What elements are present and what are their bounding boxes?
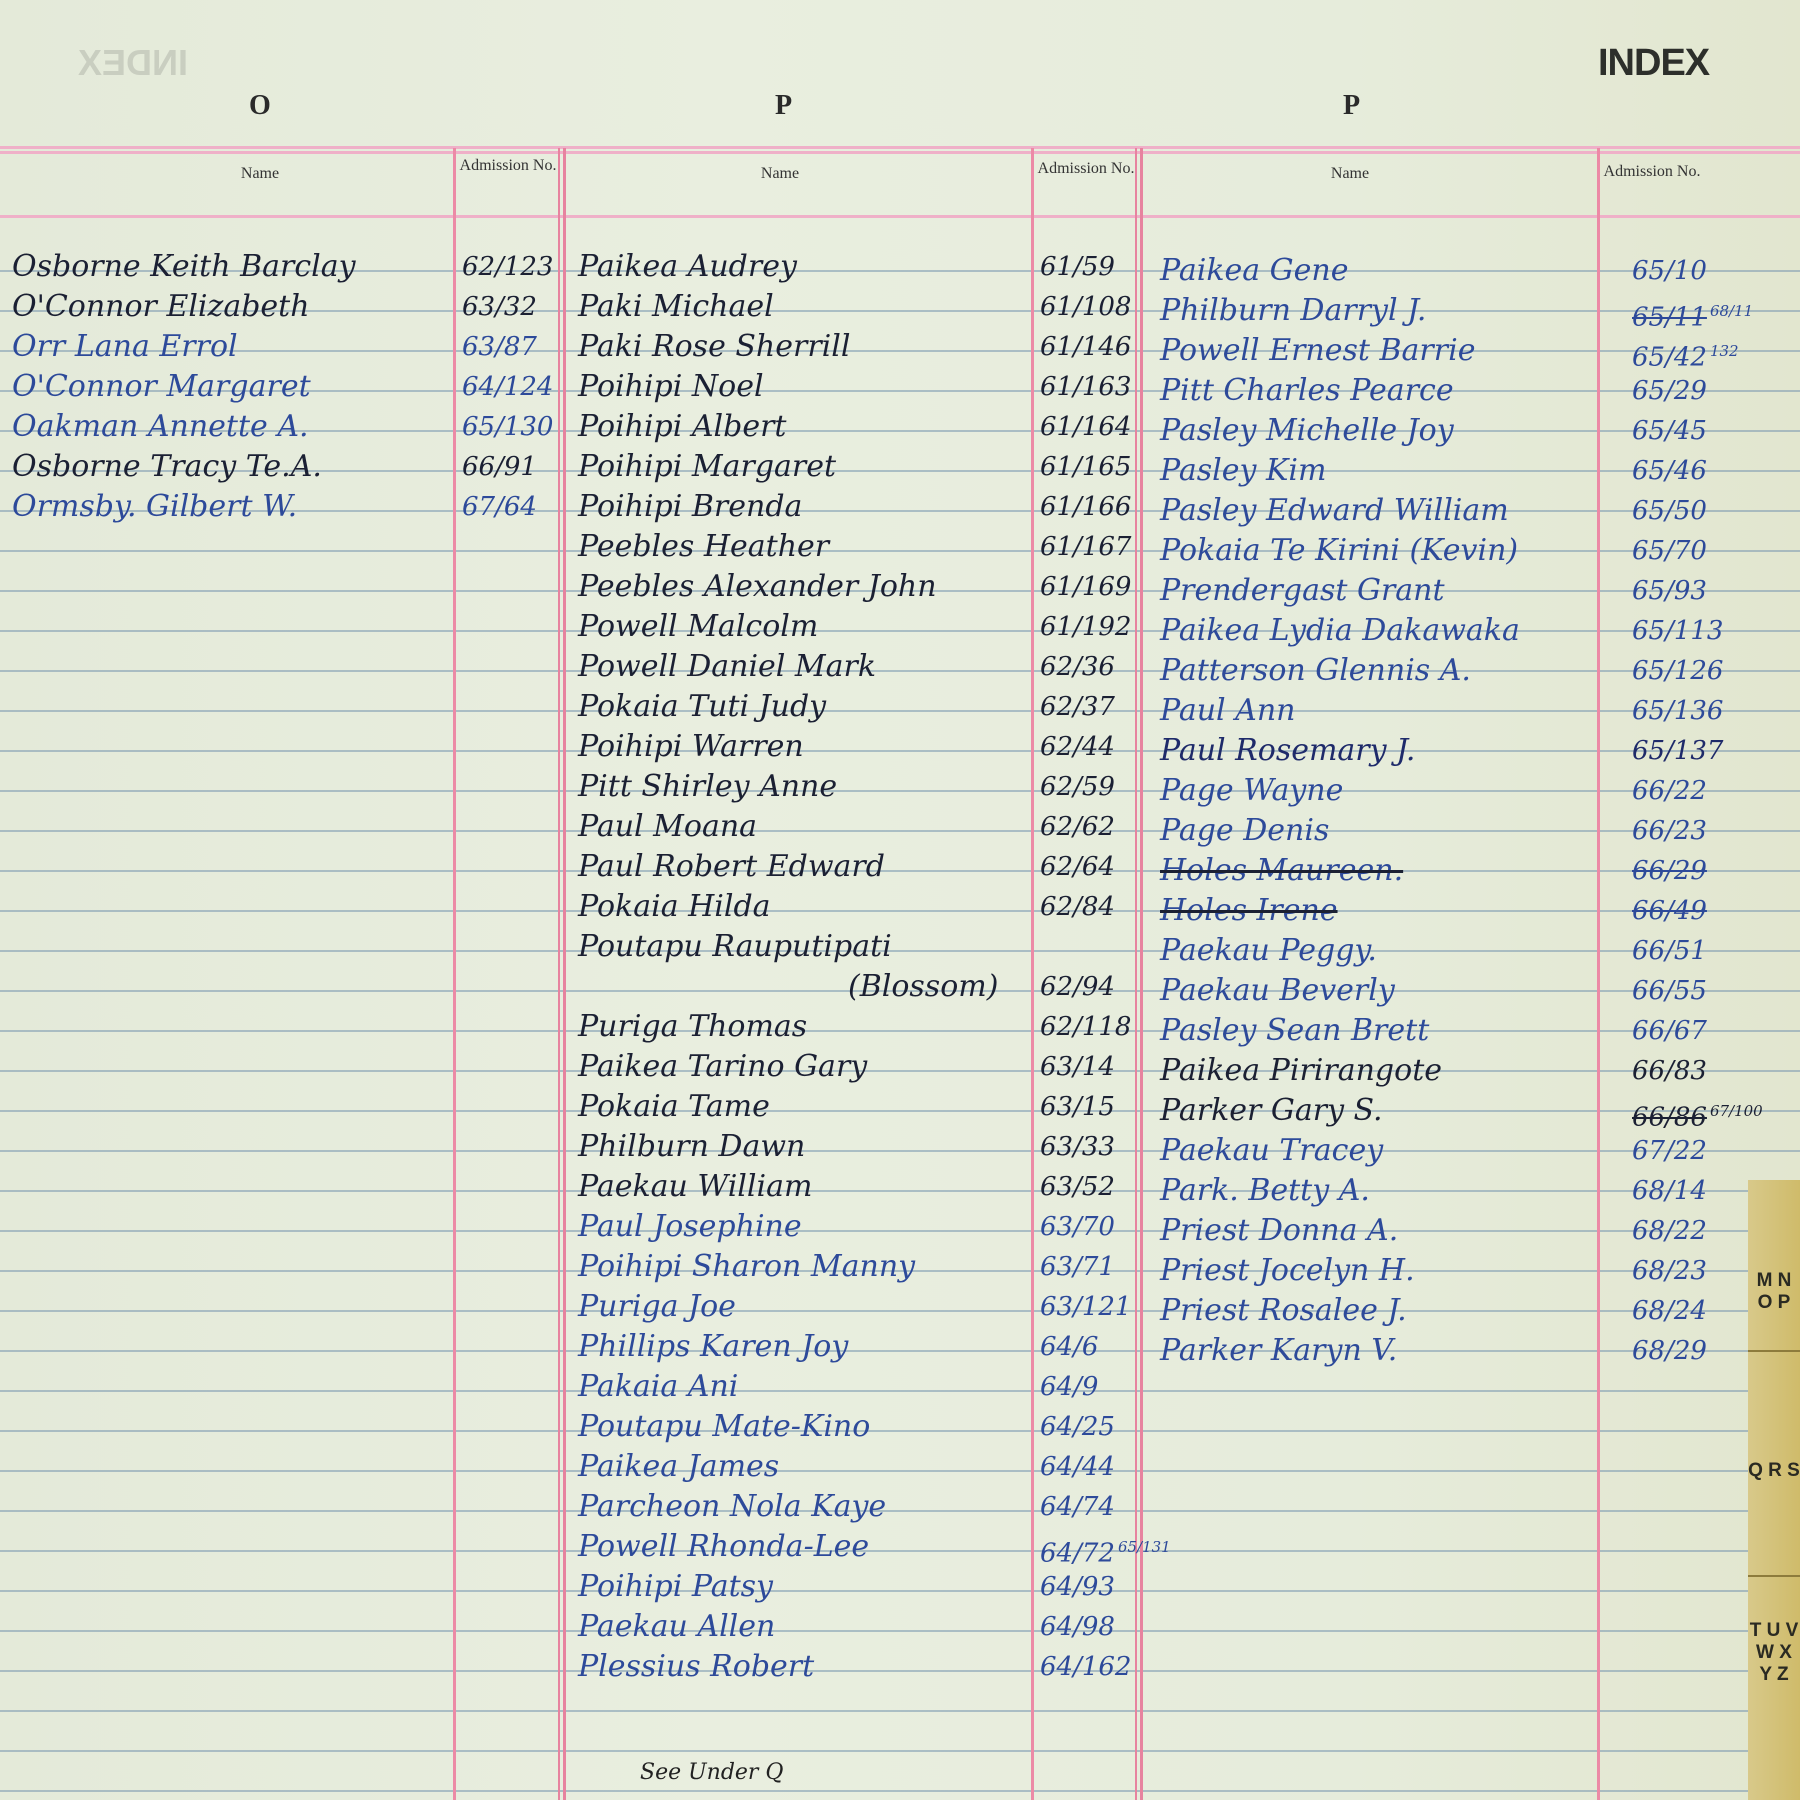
column-header-name: Name — [1290, 165, 1410, 183]
entry-name: Prendergast Grant — [1160, 574, 1445, 608]
entry-name: Paikea Lydia Dakawaka — [1160, 614, 1520, 648]
entry-admission-number: 61/192 — [1040, 610, 1131, 644]
entry-admission-number: 66/67 — [1632, 1014, 1707, 1048]
entry-name: O'Connor Elizabeth — [12, 290, 310, 324]
entry-name: Pokaia Tuti Judy — [578, 690, 826, 724]
entry-name: O'Connor Margaret — [12, 370, 311, 404]
tab-mnop[interactable]: M N O P — [1748, 1270, 1800, 1314]
entry-admission-number: 62/64 — [1040, 850, 1115, 884]
entry-admission-number: 63/52 — [1040, 1170, 1115, 1204]
entry-name: Ormsby. Gilbert W. — [12, 490, 297, 524]
entry-name: Paekau William — [578, 1170, 812, 1204]
entry-admission-number: 62/62 — [1040, 810, 1115, 844]
entry-admission-number: 63/15 — [1040, 1090, 1115, 1124]
entry-admission-number: 65/45 — [1632, 414, 1707, 448]
bleed-through-title: INDEX — [78, 42, 188, 84]
entry-name: Philburn Dawn — [578, 1130, 805, 1164]
entry-name: Puriga Joe — [578, 1290, 736, 1324]
entry-admission-number: 66/51 — [1632, 934, 1707, 968]
entry-admission-number: 67/22 — [1632, 1134, 1707, 1168]
entry-admission-number: 66/8667/100 — [1632, 1094, 1763, 1135]
entry-admission-number: 62/36 — [1040, 650, 1115, 684]
entry-admission-number: 68/29 — [1632, 1334, 1707, 1368]
entry-admission-number: 65/29 — [1632, 374, 1707, 408]
entry-name: Page Denis — [1160, 814, 1329, 848]
entry-admission-number: 61/146 — [1040, 330, 1131, 364]
entry-admission-number: 63/87 — [462, 330, 537, 364]
entry-name: Page Wayne — [1160, 774, 1343, 808]
entry-name: Powell Daniel Mark — [578, 650, 876, 684]
column-header-name: Name — [720, 165, 840, 183]
entry-name: Holes Irene — [1160, 894, 1338, 928]
entry-admission-number: 66/83 — [1632, 1054, 1707, 1088]
entry-admission-number: 64/9 — [1040, 1370, 1098, 1404]
entry-admission-number: 63/121 — [1040, 1290, 1131, 1324]
entry-name: Poutapu Mate-Kino — [578, 1410, 870, 1444]
section-letter: P — [1343, 90, 1360, 122]
entry-name: Poihipi Warren — [578, 730, 804, 764]
entry-admission-number: 66/22 — [1632, 774, 1707, 808]
entry-name: Paul Rosemary J. — [1160, 734, 1415, 768]
entry-name: Poihipi Patsy — [578, 1570, 773, 1604]
entry-admission-number: 65/136 — [1632, 694, 1723, 728]
entry-admission-number: 66/91 — [462, 450, 537, 484]
entry-name: Paekau Tracey — [1160, 1134, 1383, 1168]
entry-name: Paikea Gene — [1160, 254, 1348, 288]
entry-name: Pasley Michelle Joy — [1160, 414, 1454, 448]
entry-name: Plessius Robert — [578, 1650, 814, 1684]
entry-name: Paekau Peggy. — [1160, 934, 1377, 968]
section-letter: O — [249, 90, 271, 122]
entry-name: Orr Lana Errol — [12, 330, 238, 364]
entry-name: Pitt Shirley Anne — [578, 770, 837, 804]
entry-name: Paki Michael — [578, 290, 774, 324]
entry-name: Poihipi Noel — [578, 370, 764, 404]
ledger-page: INDEX INDEX O P P Name Admission No. Nam… — [0, 0, 1800, 1800]
alphabet-tab-strip: M N O P Q R S T U V W X Y Z — [1748, 1180, 1800, 1800]
entry-admission-number: 64/162 — [1040, 1650, 1131, 1684]
entry-admission-number: 61/59 — [1040, 250, 1115, 284]
tab-qrs[interactable]: Q R S — [1748, 1460, 1800, 1482]
entry-admission-number: 61/169 — [1040, 570, 1131, 604]
entry-admission-number: 61/165 — [1040, 450, 1131, 484]
admission-correction: 67/100 — [1710, 1102, 1763, 1120]
entry-admission-number: 64/25 — [1040, 1410, 1115, 1444]
entry-name: Pasley Kim — [1160, 454, 1326, 488]
entry-name: Puriga Thomas — [578, 1010, 807, 1044]
entry-name: Paikea Audrey — [578, 250, 797, 284]
entry-admission-number: 62/118 — [1040, 1010, 1131, 1044]
header-rule-top — [0, 146, 1800, 149]
entry-admission-number: 64/74 — [1040, 1490, 1115, 1524]
entry-name: Philburn Darryl J. — [1160, 294, 1426, 328]
entry-name: Parker Gary S. — [1160, 1094, 1383, 1128]
entry-name: Priest Jocelyn H. — [1160, 1254, 1415, 1288]
header-rule-top-2 — [0, 151, 1800, 154]
entry-admission-number: 64/98 — [1040, 1610, 1115, 1644]
entry-name: Peebles Heather — [578, 530, 829, 564]
entry-admission-number: 64/7265/131 — [1040, 1530, 1171, 1571]
entry-admission-number: 65/130 — [462, 410, 553, 444]
entry-name: Peebles Alexander John — [578, 570, 937, 604]
entry-admission-number: 61/167 — [1040, 530, 1131, 564]
admission-correction: 68/11 — [1710, 302, 1753, 320]
entry-name: Poutapu Rauputipati — [578, 930, 892, 964]
entry-admission-number: 66/49 — [1632, 894, 1707, 928]
entry-name: Pokaia Te Kirini (Kevin) — [1160, 534, 1518, 568]
entry-name: Priest Donna A. — [1160, 1214, 1398, 1248]
column-divider — [1031, 148, 1034, 1800]
entry-name: Osborne Tracy Te.A. — [12, 450, 322, 484]
entry-name: Paikea Pirirangote — [1160, 1054, 1442, 1088]
entry-admission-number: 64/93 — [1040, 1570, 1115, 1604]
entry-admission-number: 63/70 — [1040, 1210, 1115, 1244]
entry-admission-number: 66/55 — [1632, 974, 1707, 1008]
entry-name: Paekau Allen — [578, 1610, 775, 1644]
entry-name: Paikea James — [578, 1450, 779, 1484]
entry-name: Paul Robert Edward — [578, 850, 885, 884]
entry-admission-number: 65/10 — [1632, 254, 1707, 288]
header-rule-bottom — [0, 215, 1800, 218]
entry-name: Paki Rose Sherrill — [578, 330, 850, 364]
entry-admission-number: 63/71 — [1040, 1250, 1115, 1284]
entry-admission-number: 61/163 — [1040, 370, 1131, 404]
entry-name: Parker Karyn V. — [1160, 1334, 1397, 1368]
entry-admission-number: 64/44 — [1040, 1450, 1115, 1484]
entry-admission-number: 66/29 — [1632, 854, 1707, 888]
entry-admission-number: 62/44 — [1040, 730, 1115, 764]
column-header-admission: Admission No. — [1036, 160, 1136, 178]
entry-admission-number: 65/70 — [1632, 534, 1707, 568]
entry-name: Pasley Sean Brett — [1160, 1014, 1429, 1048]
entry-name: Powell Rhonda-Lee — [578, 1530, 869, 1564]
column-header-admission: Admission No. — [1602, 163, 1702, 181]
tab-divider — [1748, 1575, 1800, 1577]
entry-admission-number: 62/59 — [1040, 770, 1115, 804]
entry-admission-number: 63/33 — [1040, 1130, 1115, 1164]
entry-admission-number: 67/64 — [462, 490, 537, 524]
entry-name: Pitt Charles Pearce — [1160, 374, 1454, 408]
entry-admission-number: 62/123 — [462, 250, 553, 284]
entry-admission-number: 68/24 — [1632, 1294, 1707, 1328]
entry-admission-number: 62/37 — [1040, 690, 1115, 724]
section-letter: P — [775, 90, 792, 122]
entry-name: Poihipi Albert — [578, 410, 787, 444]
entry-admission-number: 65/50 — [1632, 494, 1707, 528]
entry-name: Poihipi Brenda — [578, 490, 802, 524]
entry-admission-number: 65/1168/11 — [1632, 294, 1753, 335]
entry-name: Paekau Beverly — [1160, 974, 1395, 1008]
column-divider — [558, 148, 566, 1800]
entry-admission-number: 63/14 — [1040, 1050, 1115, 1084]
entry-name: Paul Moana — [578, 810, 757, 844]
entry-name: Paul Josephine — [578, 1210, 802, 1244]
entry-name: Poihipi Sharon Manny — [578, 1250, 915, 1284]
entry-admission-number: 68/22 — [1632, 1214, 1707, 1248]
entry-name: Osborne Keith Barclay — [12, 250, 356, 284]
entry-admission-number: 65/137 — [1632, 734, 1723, 768]
entry-admission-number: 65/93 — [1632, 574, 1707, 608]
entry-admission-number: 65/42132 — [1632, 334, 1739, 375]
entry-admission-number: 66/23 — [1632, 814, 1707, 848]
entry-name: Parcheon Nola Kaye — [578, 1490, 886, 1524]
entry-name: Paul Ann — [1160, 694, 1295, 728]
entry-admission-number: 61/108 — [1040, 290, 1131, 324]
entry-name: Priest Rosalee J. — [1160, 1294, 1407, 1328]
tab-tuvwxyz[interactable]: T U V W X Y Z — [1748, 1620, 1800, 1686]
tab-divider — [1748, 1350, 1800, 1352]
column-divider — [453, 148, 456, 1800]
column-divider — [1597, 148, 1600, 1800]
entry-name: Holes Maureen. — [1160, 854, 1403, 888]
entry-name: (Blossom) — [848, 970, 998, 1004]
footnote: See Under Q — [640, 1760, 783, 1785]
entry-name: Patterson Glennis A. — [1160, 654, 1471, 688]
column-header-name: Name — [200, 165, 320, 183]
entry-admission-number: 62/94 — [1040, 970, 1115, 1004]
page-title: INDEX — [1598, 42, 1709, 85]
entry-name: Powell Malcolm — [578, 610, 818, 644]
entry-name: Oakman Annette A. — [12, 410, 309, 444]
entry-name: Paikea Tarino Gary — [578, 1050, 867, 1084]
entry-admission-number: 61/164 — [1040, 410, 1131, 444]
column-header-admission: Admission No. — [458, 157, 558, 175]
entry-admission-number: 62/84 — [1040, 890, 1115, 924]
entry-admission-number: 64/124 — [462, 370, 553, 404]
admission-correction: 65/131 — [1118, 1538, 1171, 1556]
entry-name: Pakaia Ani — [578, 1370, 738, 1404]
entry-name: Park. Betty A. — [1160, 1174, 1370, 1208]
entry-name: Pokaia Hilda — [578, 890, 771, 924]
entry-admission-number: 64/6 — [1040, 1330, 1098, 1364]
entry-name: Pokaia Tame — [578, 1090, 770, 1124]
entry-name: Phillips Karen Joy — [578, 1330, 848, 1364]
entry-admission-number: 68/14 — [1632, 1174, 1707, 1208]
entry-admission-number: 65/126 — [1632, 654, 1723, 688]
entry-admission-number: 65/46 — [1632, 454, 1707, 488]
entry-admission-number: 61/166 — [1040, 490, 1131, 524]
entry-name: Powell Ernest Barrie — [1160, 334, 1475, 368]
entry-admission-number: 68/23 — [1632, 1254, 1707, 1288]
entry-name: Pasley Edward William — [1160, 494, 1509, 528]
entry-admission-number: 63/32 — [462, 290, 537, 324]
admission-correction: 132 — [1710, 342, 1739, 360]
entry-name: Poihipi Margaret — [578, 450, 836, 484]
entry-admission-number: 65/113 — [1632, 614, 1723, 648]
